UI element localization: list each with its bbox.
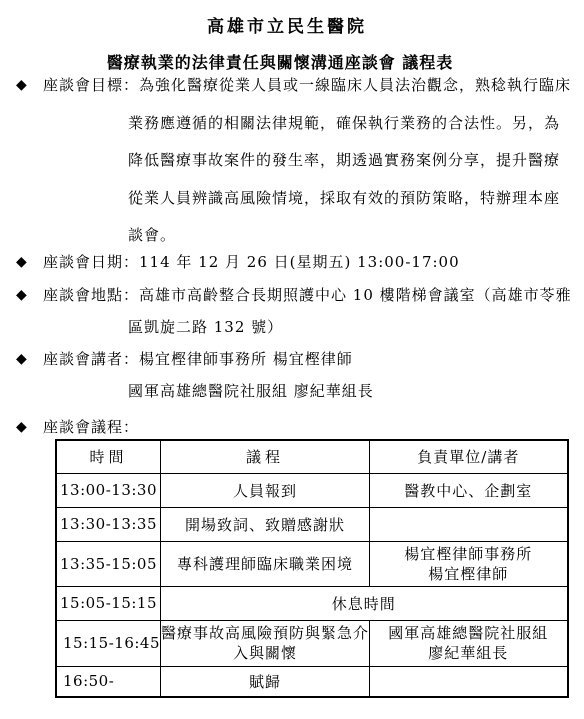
bullet-text-line: 業務應遵循的相關法律規範，確保執行業務的合法性。另，為 [128,105,584,143]
cell-break-merged: 休息時間 [161,586,568,620]
cell-owner: 國軍高雄總醫院社服組 廖紀華組長 [370,620,568,666]
cell-time: 13:35-15:05 [56,541,161,586]
diamond-bullet-icon: ◆ [16,412,28,443]
cell-agenda: 醫療事故高風險預防與緊急介 入與關懷 [161,620,370,666]
cell-agenda: 專科護理師臨床職業困境 [161,541,370,586]
cell-owner: 楊宜樫律師事務所 楊宜樫律師 [370,541,568,586]
cell-agenda: 賦歸 [161,666,370,697]
cell-time: 15:15-16:45 [56,620,161,666]
agenda-table: 時間 議程 負責單位/講者 13:00-13:30 人員報到 醫教中心、企劃室 … [55,439,569,698]
document-page: 高雄市立民生醫院 醫療執業的法律責任與關懷溝通座談會 議程表 ◆ 座談會目標：為… [0,0,584,719]
cell-owner: 醫教中心、企劃室 [370,473,568,507]
diamond-bullet-icon: ◆ [16,280,28,312]
table-row: 13:35-15:05 專科護理師臨床職業困境 楊宜樫律師事務所 楊宜樫律師 [56,541,568,586]
cell-time: 16:50- [56,666,161,697]
bullet-text-line: 座談會講者：楊宜樫律師事務所 楊宜樫律師 [43,343,584,375]
bullet-item-location: ◆ 座談會地點：高雄市高齡整合長期照護中心 10 樓階梯會議室（高雄市苓雅 區凱… [0,280,584,343]
agenda-line: 醫療事故高風險預防與緊急介 [161,623,369,643]
owner-line: 國軍高雄總醫院社服組 [370,623,567,643]
cell-time: 13:30-13:35 [56,507,161,541]
table-row: 13:00-13:30 人員報到 醫教中心、企劃室 [56,473,568,507]
owner-line: 楊宜樫律師事務所 [370,544,567,564]
document-title: 高雄市立民生醫院 [0,12,574,37]
table-row: 15:05-15:15 休息時間 [56,586,568,620]
cell-owner [370,507,568,541]
bullet-item-goal: ◆ 座談會目標：為強化醫療從業人員或一線臨床人員法治觀念，熟稔執行臨床 業務應遵… [0,67,584,255]
owner-line: 楊宜樫律師 [370,564,567,584]
diamond-bullet-icon: ◆ [16,247,28,278]
cell-time: 13:00-13:30 [56,473,161,507]
bullet-text-line: 座談會地點：高雄市高齡整合長期照護中心 10 樓階梯會議室（高雄市苓雅 [43,280,584,312]
owner-line: 廖紀華組長 [370,643,567,663]
bullet-text-line: 座談會日期：114 年 12 月 26 日(星期五) 13:00-17:00 [43,247,584,278]
column-header-owner: 負責單位/講者 [370,440,568,473]
cell-owner [370,666,568,697]
bullet-text-line: 降低醫療事故案件的發生率，期透過實務案例分享，提升醫療 [128,142,584,180]
cell-agenda: 開場致詞、致贈感謝狀 [161,507,370,541]
agenda-line: 入與關懷 [161,643,369,663]
column-header-time: 時間 [56,440,161,473]
cell-agenda: 人員報到 [161,473,370,507]
table-header-row: 時間 議程 負責單位/講者 [56,440,568,473]
bullet-text-line: 區凱旋二路 132 號） [128,312,584,344]
table-row: 15:15-16:45 醫療事故高風險預防與緊急介 入與關懷 國軍高雄總醫院社服… [56,620,568,666]
diamond-bullet-icon: ◆ [16,67,28,105]
table-row: 16:50- 賦歸 [56,666,568,697]
column-header-agenda: 議程 [161,440,370,473]
bullet-item-date: ◆ 座談會日期：114 年 12 月 26 日(星期五) 13:00-17:00 [0,247,584,278]
table-row: 13:30-13:35 開場致詞、致贈感謝狀 [56,507,568,541]
bullet-item-speakers: ◆ 座談會講者：楊宜樫律師事務所 楊宜樫律師 國軍高雄總醫院社服組 廖紀華組長 [0,343,584,407]
bullet-text-line: 從業人員辨識高風險情境，採取有效的預防策略，特辦理本座 [128,180,584,218]
diamond-bullet-icon: ◆ [16,343,28,375]
bullet-text-line: 座談會目標：為強化醫療從業人員或一線臨床人員法治觀念，熟稔執行臨床 [43,67,584,105]
cell-time: 15:05-15:15 [56,586,161,620]
bullet-text-line: 國軍高雄總醫院社服組 廖紀華組長 [128,375,584,407]
